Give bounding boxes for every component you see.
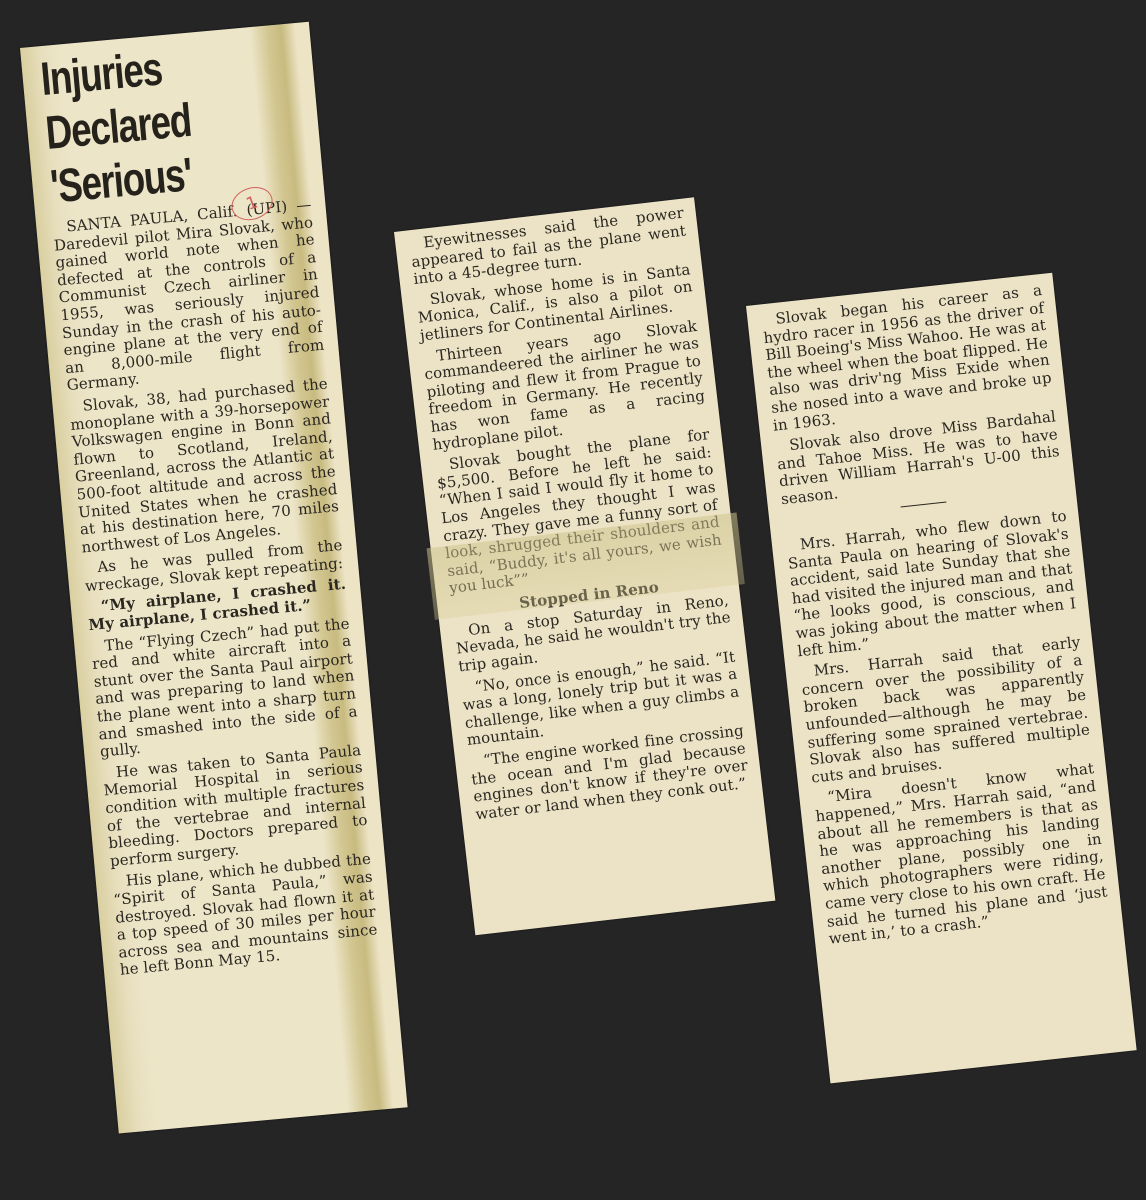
paragraph: The “Flying Czech” had put the red and w… bbox=[90, 615, 360, 761]
paragraph: Slovak bought the plane for $5,500. Befo… bbox=[434, 426, 724, 598]
article-body-left: SANTA PAULA, Calif. (UPI) —Daredevil pil… bbox=[52, 196, 380, 979]
paragraph: Slovak, 38, had purchased the monoplane … bbox=[68, 375, 341, 556]
article-body-middle: Eyewitnesses said the power appeared to … bbox=[409, 205, 751, 824]
paragraph: “Mira doesn't know what happened,” Mrs. … bbox=[813, 761, 1110, 949]
clipping-left-injuries-declared-serious: Injuries Declared 'Serious' 1 SANTA PAUL… bbox=[20, 22, 408, 1134]
clipping-right: Slovak began his career as a hydro racer… bbox=[746, 273, 1137, 1084]
headline: Injuries Declared 'Serious' bbox=[38, 28, 317, 213]
paragraph: His plane, which he dubbed the “Spirit o… bbox=[111, 851, 379, 980]
paragraph: SANTA PAULA, Calif. (UPI) —Daredevil pil… bbox=[52, 196, 327, 395]
section-divider bbox=[901, 501, 947, 507]
clipping-middle: Eyewitnesses said the power appeared to … bbox=[394, 197, 775, 935]
paragraph: He was taken to Santa Paula Memorial Hos… bbox=[101, 742, 369, 871]
article-body-right: Slovak began his career as a hydro racer… bbox=[761, 282, 1110, 948]
